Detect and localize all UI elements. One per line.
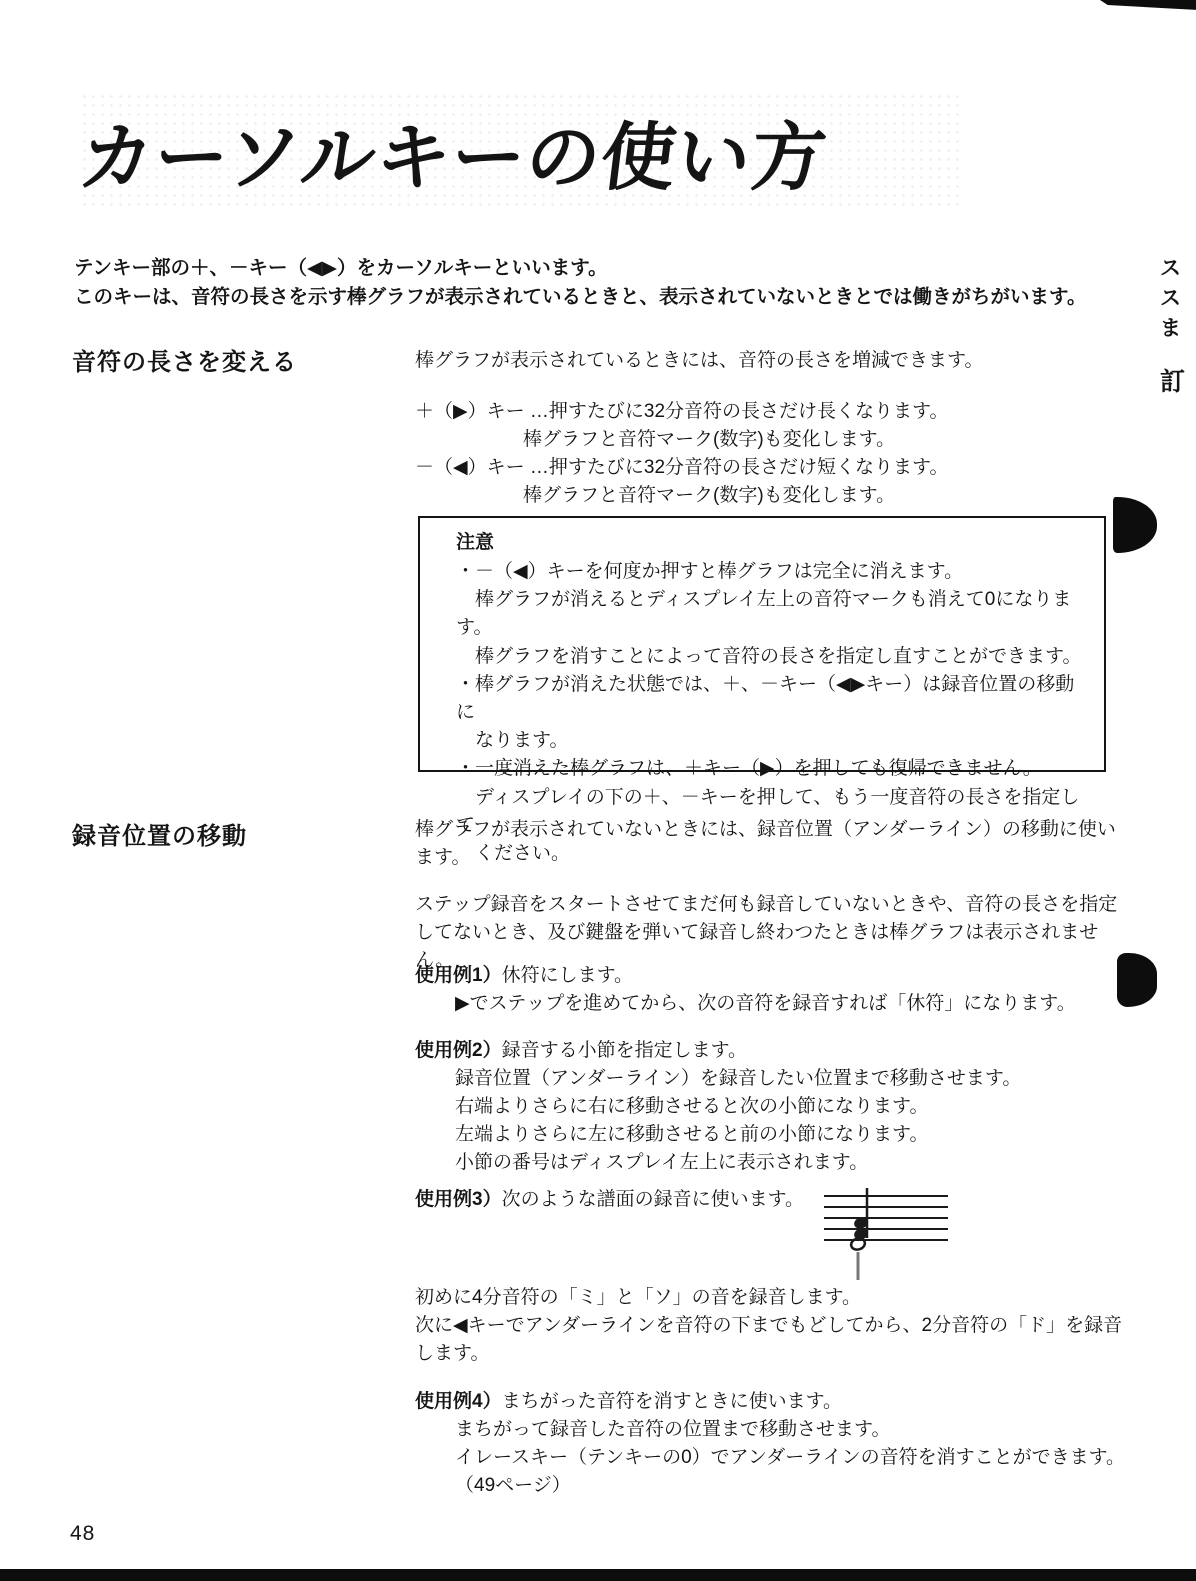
page-title-block: カーソルキーの使い方 [80,92,960,212]
example4-line-3: （49ページ） [415,1472,1175,1500]
section-heading-note-length: 音符の長さを変える [72,342,297,377]
example4-line-1: まちがって録音した音符の位置まで移動させます。 [415,1416,1175,1444]
margin-fragment-2: ス [1160,282,1181,312]
caution-line-2: 棒グラフが消えるとディスプレイ左上の音符マークも消えて0になります。 [456,586,1090,642]
music-staff-figure [818,1188,968,1288]
example4-line-2: イレースキー（テンキーの0）でアンダーラインの音符を消すことができます。 [415,1444,1175,1472]
after-staff-line-3: します。 [415,1340,1135,1368]
example2-label: 使用例2） [415,1040,502,1061]
example2-line-1: 録音位置（アンダーライン）を録音したい位置まで移動させます。 [415,1065,1175,1093]
manual-page: カーソルキーの使い方 テンキー部の＋、－キー（◀▶）をカーソルキーといいます。 … [0,0,1196,1581]
margin-fragment-1: ス [1160,252,1181,282]
example1-title-line: 使用例1）休符にします。 [415,962,1135,990]
after-staff-line-2: 次に◀キーでアンダーラインを音符の下までもどしてから、2分音符の「ド」を録音 [415,1312,1135,1340]
example4-title-line: 使用例4）まちがった音符を消すときに使います。 [415,1388,1135,1416]
caution-line-6: ・一度消えた棒グラフは、＋キー（▶）を押しても復帰できません。 [456,755,1090,783]
music-staff-icon [818,1188,968,1283]
step-record-para-1: ステップ録音をスタートさせてまだ何も録音していないときや、音符の長さを指定 [415,891,1135,919]
key-plus-line: ＋（▶）キー …押すたびに32分音符の長さだけ長くなります。 [415,398,1135,426]
scan-corner-artifact [1100,0,1196,18]
caution-line-5: なります。 [456,727,1090,755]
caution-line-4: ・棒グラフが消えた状態では、＋、－キー（◀▶キー）は録音位置の移動に [456,671,1090,727]
intro-line-1: テンキー部の＋、－キー（◀▶）をカーソルキーといいます。 [74,254,1134,283]
example2-title-line: 使用例2）録音する小節を指定します。 [415,1037,1135,1065]
example3-label: 使用例3） [415,1189,502,1210]
example4-title: まちがった音符を消すときに使います。 [502,1391,842,1412]
caution-line-3: 棒グラフを消すことによって音符の長さを指定し直すことができます。 [456,643,1090,671]
example1-line-1: ▶でステップを進めてから、次の音符を録音すれば「休符」になります。 [415,990,1175,1018]
example3-title: 次のような譜面の録音に使います。 [502,1189,804,1210]
margin-fragment-4: 訂 [1160,362,1185,398]
note-length-lead: 棒グラフが表示されているときには、音符の長さを増減できます。 [415,347,1135,375]
example2-line-3: 左端よりさらに左に移動させると前の小節になります。 [415,1121,1175,1149]
caution-label: 注意 [456,528,1090,558]
key-plus-line-cont: 棒グラフと音符マーク(数字)も変化します。 [415,426,1196,454]
bottom-scan-bar [0,1569,1196,1581]
after-staff-line-1: 初めに4分音符の「ミ」と「ソ」の音を録音します。 [415,1284,1135,1312]
page-number: 48 [70,1522,95,1546]
intro-paragraph: テンキー部の＋、－キー（◀▶）をカーソルキーといいます。 このキーは、音符の長さ… [74,254,1134,312]
caution-box: 注意 ・－（◀）キーを何度か押すと棒グラフは完全に消えます。 棒グラフが消えると… [418,516,1106,772]
record-position-lead-1: 棒グラフが表示されていないときには、録音位置（アンダーライン）の移動に使い [415,816,1135,844]
intro-line-2: このキーは、音符の長さを示す棒グラフが表示されているときと、表示されていないとき… [74,283,1134,312]
example2-title: 録音する小節を指定します。 [502,1040,747,1061]
section-heading-record-position: 録音位置の移動 [72,816,247,851]
record-position-lead-2: ます。 [415,844,1135,872]
caution-line-1: ・－（◀）キーを何度か押すと棒グラフは完全に消えます。 [456,558,1090,586]
example3-title-line: 使用例3）次のような譜面の録音に使います。 [415,1186,1135,1214]
page-title: カーソルキーの使い方 [73,99,833,205]
example1-title: 休符にします。 [502,965,633,986]
example2-line-2: 右端よりさらに右に移動させると次の小節になります。 [415,1093,1175,1121]
margin-fragment-3: ま [1160,312,1181,342]
example2-line-4: 小節の番号はディスプレイ左上に表示されます。 [415,1149,1175,1177]
example4-label: 使用例4） [415,1391,502,1412]
key-minus-line: －（◀）キー …押すたびに32分音符の長さだけ短くなります。 [415,454,1135,482]
example1-label: 使用例1） [415,965,502,986]
key-minus-line-cont: 棒グラフと音符マーク(数字)も変化します。 [415,482,1196,510]
